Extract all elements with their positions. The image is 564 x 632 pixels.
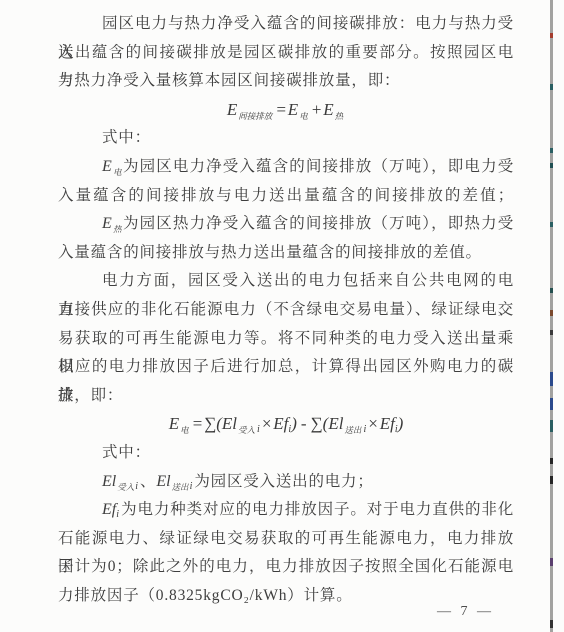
scan-edge-mark xyxy=(550,163,553,168)
scan-edge-mark xyxy=(550,458,553,464)
scan-edge-mark xyxy=(550,222,553,227)
scan-edge-mark xyxy=(550,372,553,386)
formula-subscript: 热 xyxy=(335,111,344,121)
symbol-e-heat: E xyxy=(102,215,112,232)
formula-subscript: 电 xyxy=(180,425,189,435)
sum-symbol: ∑( xyxy=(204,414,222,433)
symbol-el-received: El xyxy=(102,473,116,490)
symbol-ef: Ef xyxy=(102,501,116,518)
formula-term: E xyxy=(288,100,298,119)
scan-edge-mark xyxy=(550,398,553,410)
times-sign: × xyxy=(367,414,378,433)
formula-term: E xyxy=(227,100,237,119)
symbol-subscript: 电 xyxy=(113,167,122,177)
formula-subscript: 送出 xyxy=(344,425,361,435)
scan-edge-line xyxy=(550,0,553,632)
para2-line5: 放，即： xyxy=(58,382,514,411)
para1-line1: 园区电力与热力净受入蕴含的间接碳排放：电力与热力受入 xyxy=(58,10,514,39)
formula-intro-label: 式中： xyxy=(58,124,514,153)
symbol-e-electricity: E xyxy=(102,158,112,175)
formula-term: Ef xyxy=(380,414,395,433)
plus-sign: + xyxy=(311,100,322,119)
symbol-subscript: 受入 xyxy=(117,482,134,492)
definition-e-electricity-line2: 入量蕴含的间接排放与电力送出量蕴含的间接排放的差值； xyxy=(58,182,514,211)
definition-text: 为园区热力净受入蕴含的间接排放（万吨），即热力受 xyxy=(123,215,514,232)
sum-symbol: ∑( xyxy=(311,414,329,433)
formula-electricity-emissions: E电=∑(El受入i×Efi)-∑(El送出i×Efi) xyxy=(58,410,514,439)
close-paren: ) xyxy=(291,414,297,433)
formula-term: El xyxy=(222,414,237,433)
formula-total-indirect-emissions: E间接排放=E电+E热 xyxy=(58,96,514,125)
close-paren: ) xyxy=(398,414,404,433)
index-symbol: i xyxy=(135,481,138,492)
scan-edge-mark xyxy=(550,33,553,38)
scan-edge-mark xyxy=(550,330,553,335)
index-symbol: i xyxy=(116,509,119,520)
formula-term: El xyxy=(328,414,343,433)
scan-edge-mark xyxy=(550,476,553,484)
equals-sign: = xyxy=(275,100,286,119)
para2-line4: 相应的电力排放因子后进行加总，计算得出园区外购电力的碳排 xyxy=(58,353,514,382)
definition-e-heat-line1: E热为园区热力净受入蕴含的间接排放（万吨），即热力受 xyxy=(58,210,514,239)
symbol-subscript: 送出 xyxy=(172,482,189,492)
index-symbol: i xyxy=(257,424,260,435)
para1-line3: 与热力净受入量核算本园区间接碳排放量，即： xyxy=(58,67,514,96)
separator: 、 xyxy=(140,473,156,490)
para2-line1: 电力方面，园区受入送出的电力包括来自公共电网的电力、 xyxy=(58,267,514,296)
symbol-subscript: 热 xyxy=(113,224,122,234)
definition-ef-line2: 石能源电力、绿证绿电交易获取的可再生能源电力，电力排放因 xyxy=(58,525,514,554)
formula-term: E xyxy=(169,414,179,433)
times-sign: × xyxy=(261,414,272,433)
minus-sign: - xyxy=(301,414,307,433)
scan-edge-mark xyxy=(550,420,553,432)
definition-e-heat-line2: 入量蕴含的间接排放与热力送出量蕴含的间接排放的差值。 xyxy=(58,239,514,268)
formula-subscript: 电 xyxy=(299,111,308,121)
definition-ef-line1: Efi为电力种类对应的电力排放因子。对于电力直供的非化 xyxy=(58,496,514,525)
symbol-el-sent: El xyxy=(156,473,170,490)
formula-term: E xyxy=(323,100,333,119)
para2-line2: 直接供应的非化石能源电力（不含绿电交易电量）、绿证绿电交 xyxy=(58,296,514,325)
page-number: — 7 — xyxy=(437,604,494,620)
definition-text: 为园区受入送出的电力； xyxy=(194,473,373,490)
scan-edge-mark xyxy=(550,148,553,153)
formula-subscript: 间接排放 xyxy=(238,111,272,121)
scan-edge-mark xyxy=(550,84,553,90)
formula-term: Ef xyxy=(273,414,288,433)
scan-edge-mark xyxy=(550,310,553,316)
scan-edge-mark xyxy=(550,288,553,293)
para1-line2: 送出蕴含的间接碳排放是园区碳排放的重要部分。按照园区电力 xyxy=(58,39,514,68)
equals-sign: = xyxy=(192,414,203,433)
definition-e-electricity-line1: E电为园区电力净受入蕴含的间接排放（万吨），即电力受 xyxy=(58,153,514,182)
definition-el-line: El受入i、El送出i为园区受入送出的电力； xyxy=(58,468,514,497)
formula-subscript: 受入 xyxy=(238,425,255,435)
scan-edge-mark xyxy=(550,558,553,566)
definition-text: 为园区电力净受入蕴含的间接排放（万吨），即电力受 xyxy=(123,158,514,175)
index-symbol: i xyxy=(190,481,193,492)
scan-edge-mark xyxy=(550,620,553,628)
para2-line3: 易获取的可再生能源电力等。将不同种类的电力受入送出量乘以 xyxy=(58,325,514,354)
index-symbol: i xyxy=(363,424,366,435)
formula-intro-label: 式中： xyxy=(58,439,514,468)
definition-text: 为电力种类对应的电力排放因子。对于电力直供的非化 xyxy=(121,501,514,518)
definition-ef-line3: 子计为0；除此之外的电力，电力排放因子按照全国化石能源电 xyxy=(58,553,514,582)
document-body: 园区电力与热力净受入蕴含的间接碳排放：电力与热力受入 送出蕴含的间接碳排放是园区… xyxy=(58,10,514,610)
